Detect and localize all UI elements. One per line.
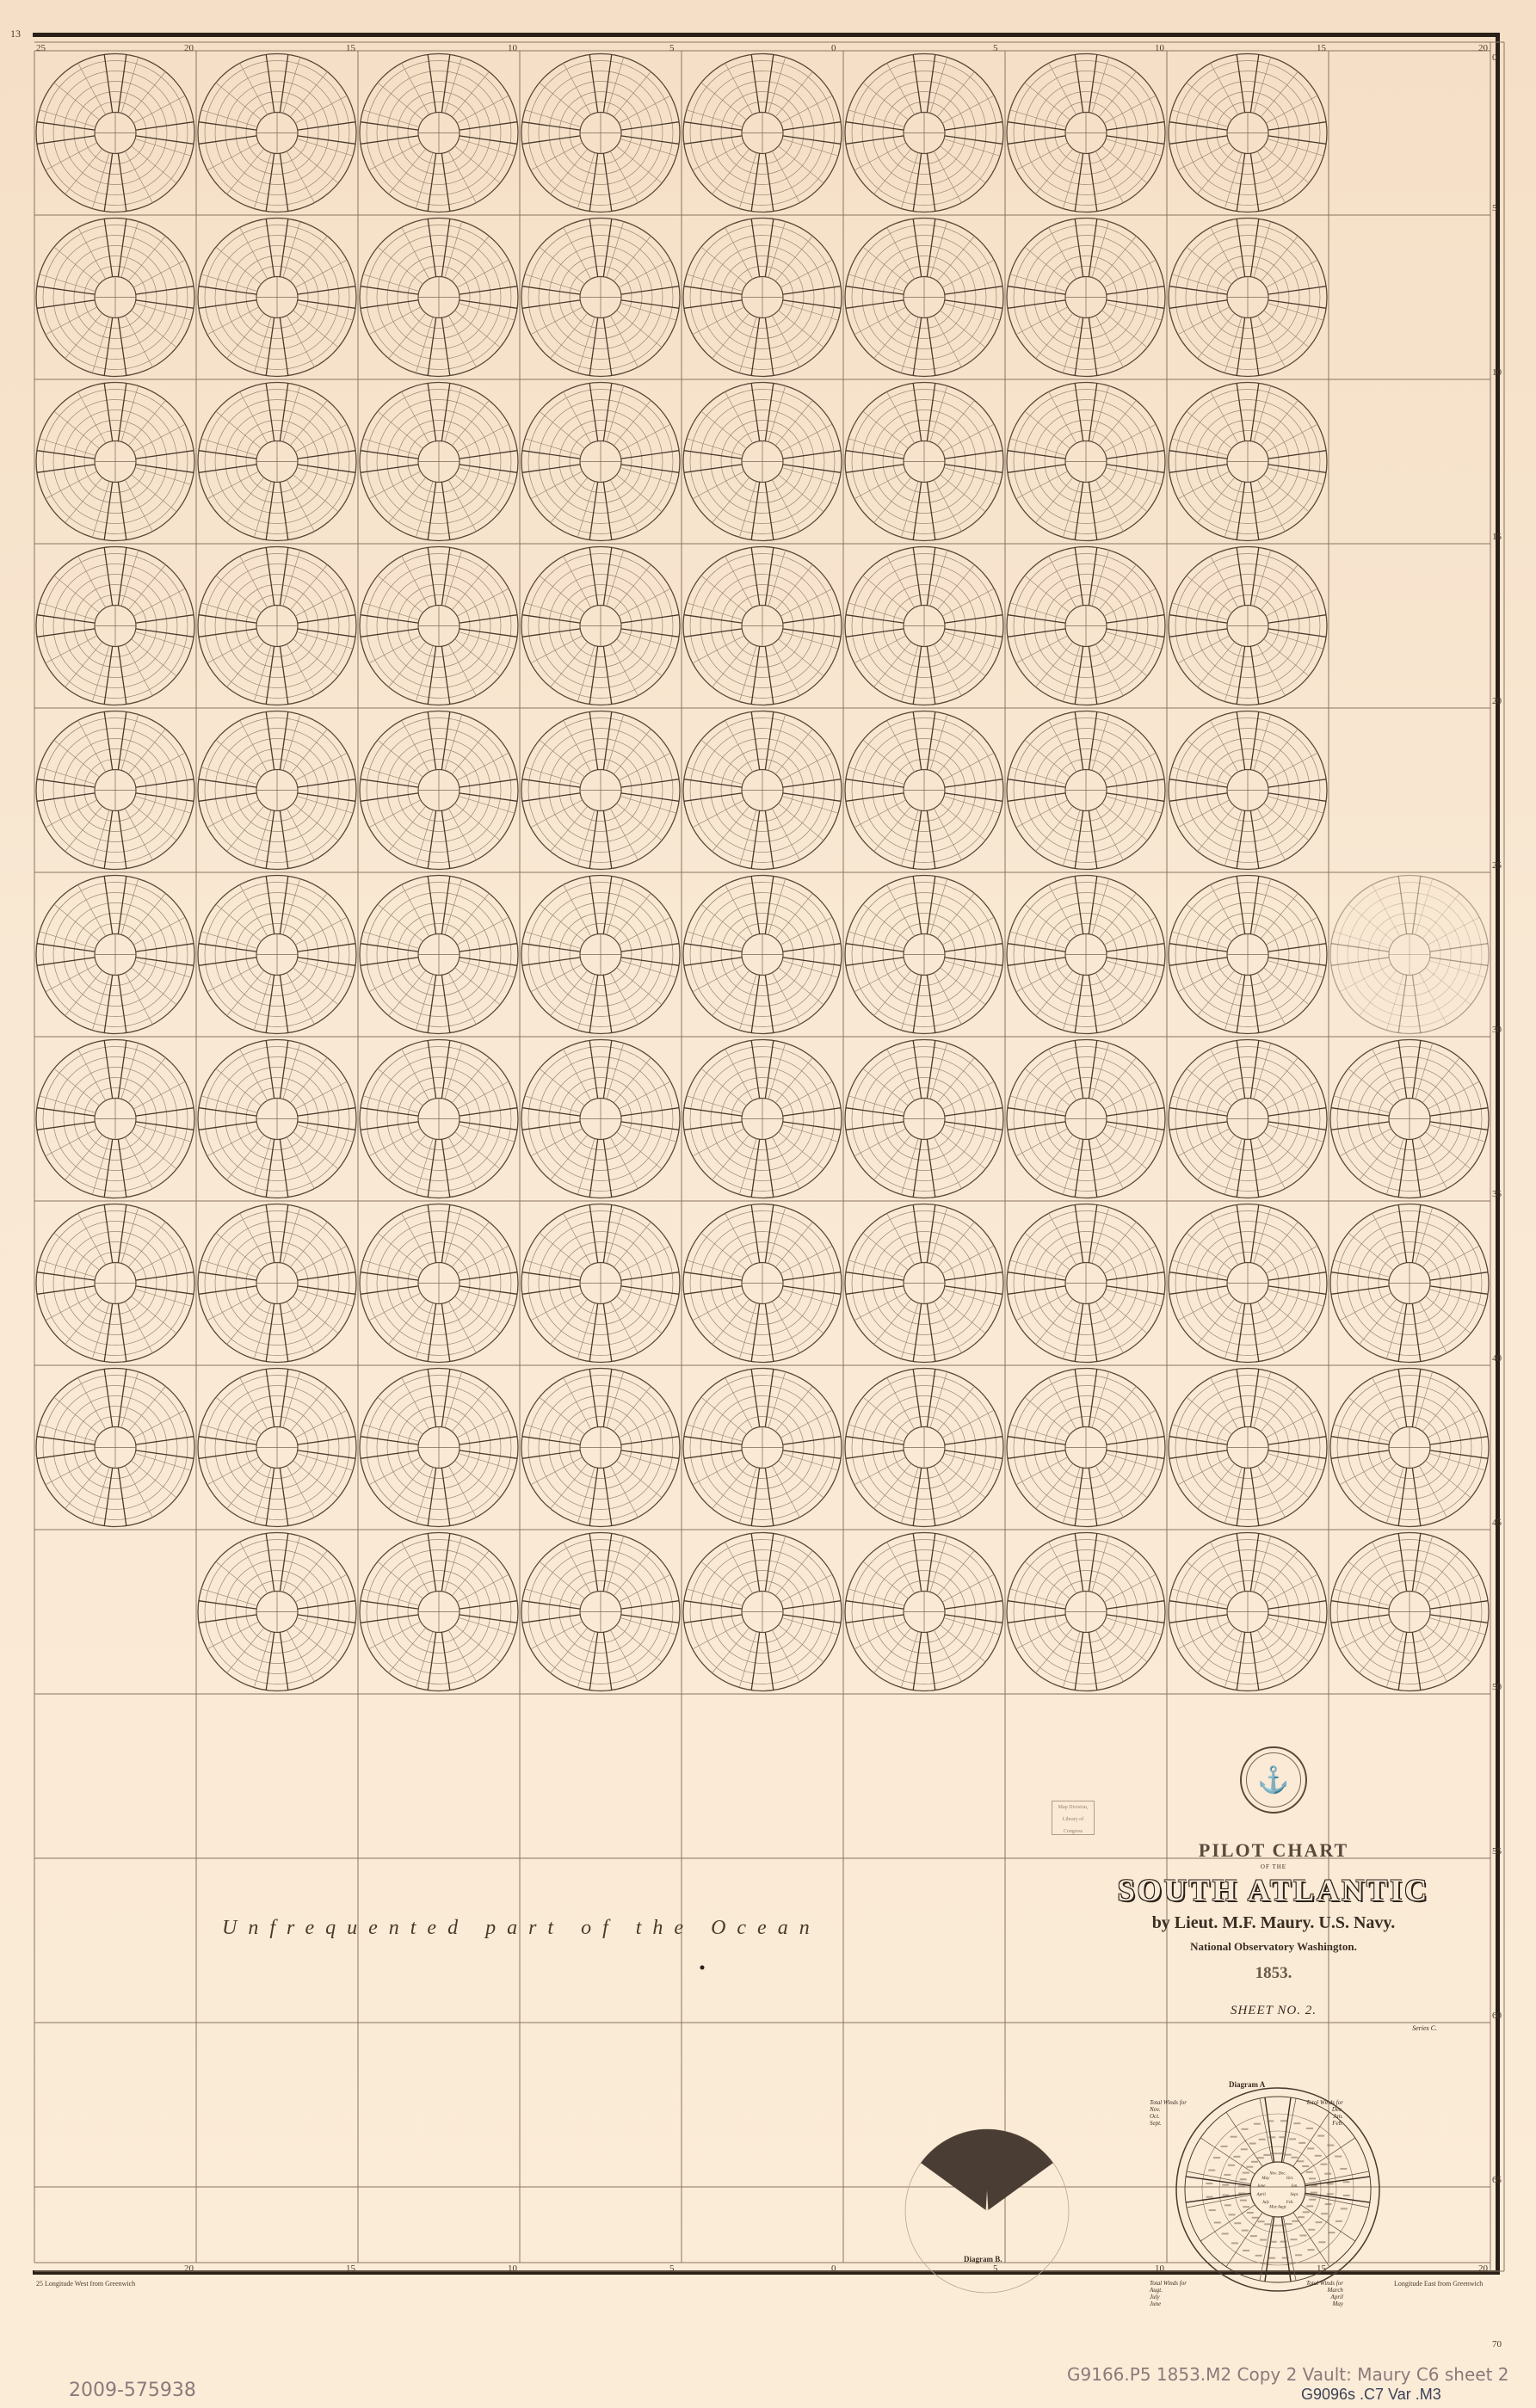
wind-rose [521, 711, 680, 870]
wind-rose [360, 876, 518, 1034]
wind-rose [198, 1369, 356, 1527]
wind-rose [360, 711, 518, 870]
sheet-number: SHEET NO. 2. [1084, 2004, 1463, 2018]
wind-rose [360, 54, 518, 212]
wind-rose [683, 711, 842, 870]
wind-rose [36, 383, 194, 541]
wind-rose [1007, 219, 1165, 377]
wind-rose [845, 54, 1003, 212]
wind-rose [198, 1204, 356, 1363]
wind-rose [1007, 1369, 1165, 1527]
latitude-tick: 35 [1492, 1189, 1502, 1199]
wind-rose [198, 711, 356, 870]
longitude-tick: 15 [1317, 43, 1326, 53]
wind-rose [845, 219, 1003, 377]
title-south-atlantic: SOUTH ATLANTIC [1084, 1872, 1463, 1908]
longitude-tick: 10 [508, 43, 517, 53]
wind-rose [1169, 383, 1327, 541]
wind-rose [521, 1369, 680, 1527]
wind-rose [1169, 1369, 1327, 1527]
wind-rose [360, 1204, 518, 1363]
wind-rose [360, 219, 518, 377]
wind-rose [683, 1533, 842, 1691]
diagram-a-note-bottom-left: Total Winds forAugt.JulyJune [1150, 2280, 1187, 2307]
eagle-anchor-seal-icon: ⚓ [1240, 1746, 1307, 1814]
wind-rose [1169, 1204, 1327, 1363]
wind-rose [198, 876, 356, 1034]
wind-rose [683, 1204, 842, 1363]
longitude-west-label: 25 Longitude West from Greenwich [36, 2280, 135, 2288]
latitude-tick: 55 [1492, 1846, 1502, 1857]
svg-text:Sept.: Sept. [1290, 2193, 1299, 2197]
longitude-tick: 20 [184, 43, 194, 53]
wind-rose [845, 1204, 1003, 1363]
latitude-tick: 25 [1492, 860, 1502, 871]
latitude-tick: 0 [1492, 52, 1497, 63]
svg-text:Mar.: Mar. [1268, 2205, 1277, 2209]
longitude-tick: 5 [669, 43, 675, 53]
diagram-b-title: Diagram B. [964, 2255, 1002, 2263]
svg-text:Augt.: Augt. [1277, 2205, 1287, 2209]
wind-rose [360, 1040, 518, 1198]
latitude-tick: 40 [1492, 1353, 1502, 1364]
wind-rose [1169, 711, 1327, 870]
diagram-a-note-top-right: Total Winds forDec.Jan.Feb. [1306, 2099, 1343, 2127]
longitude-tick: 25 [36, 43, 46, 53]
diagram-a-note-bottom-right: Total Winds forMarchAprilMay [1306, 2280, 1343, 2307]
latitude-tick: 60 [1492, 2011, 1502, 2021]
wind-rose [36, 1369, 194, 1527]
longitude-tick: 5 [993, 2263, 998, 2274]
wind-rose [1330, 1040, 1489, 1198]
wind-rose [521, 876, 680, 1034]
wind-rose [1007, 1204, 1165, 1363]
longitude-tick: 15 [1317, 2263, 1326, 2274]
diagram-a-note-top-left: Total Winds forNov.Oct.Sept. [1150, 2099, 1187, 2127]
wind-rose [683, 547, 842, 705]
wind-rose [36, 711, 194, 870]
wind-rose [198, 219, 356, 377]
unfrequented-ocean-label: Unfrequented part of the Ocean [222, 1917, 821, 1940]
wind-rose [683, 383, 842, 541]
latitude-tick: 50 [1492, 1682, 1502, 1692]
wind-rose [521, 54, 680, 212]
title-of-the: OF THE [1084, 1863, 1463, 1870]
wind-rose [1169, 547, 1327, 705]
svg-text:Nov.: Nov. [1268, 2172, 1277, 2177]
wind-rose [1007, 54, 1165, 212]
wind-rose [683, 1369, 842, 1527]
wind-rose [1007, 547, 1165, 705]
longitude-tick: 10 [1155, 43, 1164, 53]
wind-rose [198, 383, 356, 541]
longitude-tick: 5 [669, 2263, 675, 2274]
diagram-a-wheel [1176, 2088, 1379, 2291]
wind-rose [845, 1369, 1003, 1527]
wind-rose [1330, 1369, 1489, 1527]
wind-rose [36, 1204, 194, 1363]
wind-rose [198, 1040, 356, 1198]
wind-rose [1007, 383, 1165, 541]
wind-rose [1169, 1040, 1327, 1198]
latitude-tick: 5 [1492, 203, 1497, 213]
latitude-tick: 30 [1492, 1025, 1502, 1035]
wind-rose [1330, 1204, 1489, 1363]
longitude-tick: 5 [993, 43, 998, 53]
longitude-tick: 20 [1478, 2263, 1488, 2274]
wind-rose [1169, 876, 1327, 1034]
longitude-tick: 15 [346, 2263, 355, 2274]
longitude-tick: 15 [346, 43, 355, 53]
wind-rose [683, 876, 842, 1034]
wind-rose [1330, 876, 1489, 1034]
wind-rose [360, 1369, 518, 1527]
wind-rose [521, 547, 680, 705]
institution-line: National Observatory Washington. [1084, 1940, 1463, 1954]
wind-rose [36, 219, 194, 377]
wind-rose [36, 547, 194, 705]
wind-rose [198, 54, 356, 212]
wind-rose [845, 547, 1003, 705]
wind-rose [1330, 1533, 1489, 1691]
wind-rose [198, 1533, 356, 1691]
latitude-tick: 65 [1492, 2175, 1502, 2185]
wind-rose [845, 711, 1003, 870]
title-pilot-chart: PILOT CHART [1084, 1839, 1463, 1862]
longitude-tick: 20 [184, 2263, 194, 2274]
pilot-chart-grid: Nov.Dec.Oct.Jan.Sept.Feb.Augt.Mar.JulyAp… [0, 0, 1536, 2408]
wind-rose [683, 54, 842, 212]
svg-text:June: June [1257, 2184, 1266, 2189]
longitude-tick: 20 [1478, 43, 1488, 53]
wind-rose [1007, 1040, 1165, 1198]
svg-text:Jan.: Jan. [1291, 2184, 1298, 2189]
author-line: by Lieut. M.F. Maury. U.S. Navy. [1084, 1913, 1463, 1933]
latitude-tick: 45 [1492, 1518, 1502, 1528]
wind-rose [683, 219, 842, 377]
wind-rose [198, 547, 356, 705]
wind-rose [36, 1040, 194, 1198]
longitude-tick: 10 [508, 2263, 517, 2274]
wind-rose [683, 1040, 842, 1198]
wind-rose [36, 876, 194, 1034]
wind-rose [1007, 876, 1165, 1034]
wind-rose [1169, 219, 1327, 377]
wind-rose [845, 1040, 1003, 1198]
wind-rose [521, 1204, 680, 1363]
wind-rose [1007, 711, 1165, 870]
svg-text:Oct.: Oct. [1286, 2177, 1293, 2181]
wind-rose [845, 876, 1003, 1034]
wind-rose [521, 219, 680, 377]
wind-rose [360, 1533, 518, 1691]
wind-rose [521, 1040, 680, 1198]
title-cartouche: ⚓ PILOT CHART OF THE SOUTH ATLANTIC by L… [1084, 1746, 1463, 2018]
longitude-tick: 0 [831, 2263, 836, 2274]
wind-rose [521, 1533, 680, 1691]
handwritten-call-number: G9166.P5 1853.M2 Copy 2 Vault: Maury C6 … [1067, 2364, 1509, 2385]
wind-rose [1169, 1533, 1327, 1691]
latitude-tick: 70 [1492, 2339, 1502, 2349]
year-line: 1853. [1084, 1964, 1463, 1983]
diagram-a-title: Diagram A [1229, 2080, 1265, 2089]
svg-text:Dec.: Dec. [1278, 2172, 1286, 2177]
latitude-tick: 15 [1492, 532, 1502, 542]
latitude-tick: 20 [1492, 696, 1502, 706]
handwritten-accession-number: 2009-575938 [69, 2380, 196, 2401]
svg-text:May: May [1261, 2177, 1270, 2181]
wind-rose [1169, 54, 1327, 212]
wind-rose [360, 383, 518, 541]
wind-rose [845, 1533, 1003, 1691]
longitude-east-label: Longitude East from Greenwich [1394, 2280, 1483, 2288]
longitude-tick: 0 [831, 43, 836, 53]
latitude-tick: 10 [1492, 367, 1502, 378]
svg-text:July: July [1262, 2201, 1270, 2205]
wind-rose [1007, 1533, 1165, 1691]
wind-rose [360, 547, 518, 705]
svg-text:April: April [1256, 2193, 1267, 2197]
longitude-tick: 10 [1155, 2263, 1164, 2274]
wind-rose [36, 54, 194, 212]
wind-rose [521, 383, 680, 541]
series-label: Series C. [1412, 2024, 1437, 2032]
wind-rose [845, 383, 1003, 541]
stamped-call-number: G9096s .C7 Var .M3 [1301, 2386, 1441, 2404]
